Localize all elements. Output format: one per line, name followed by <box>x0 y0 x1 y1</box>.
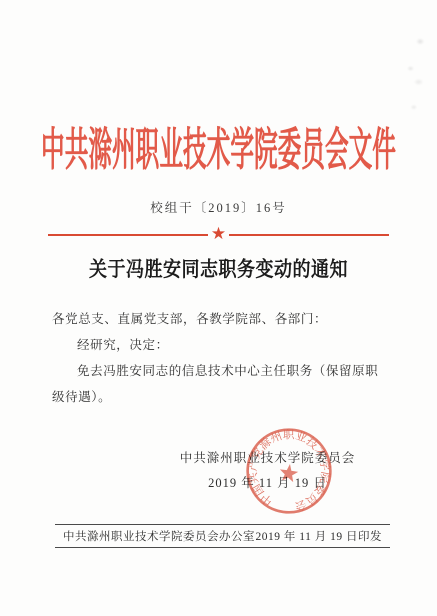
document-page: 中共滁州职业技术学院委员会文件 校组干〔2019〕16号 ★ 关于冯胜安同志职务… <box>0 0 437 616</box>
body-paragraph: 经研究，决定： <box>52 332 386 358</box>
footer-print-date: 2019 年 11 月 19 日印发 <box>256 528 382 544</box>
star-icon: ★ <box>208 226 229 242</box>
red-divider: ★ <box>48 227 389 243</box>
divider-line-right <box>229 234 389 237</box>
footer-office: 中共滁州职业技术学院委员会办公室 <box>63 528 255 544</box>
divider-line-left <box>48 234 208 237</box>
document-header-title: 中共滁州职业技术学院委员会文件 <box>20 114 418 179</box>
seal-star-icon <box>278 463 299 483</box>
document-number: 校组干〔2019〕16号 <box>0 198 437 216</box>
scan-artifact <box>401 28 433 118</box>
document-title: 关于冯胜安同志职务变动的通知 <box>0 253 437 283</box>
official-seal: 中国共产党滁州职业技术学院委员会 <box>239 421 338 520</box>
body-paragraph: 免去冯胜安同志的信息技术中心主任职务（保留原职级待遇）。 <box>52 358 386 410</box>
document-footer: 中共滁州职业技术学院委员会办公室 2019 年 11 月 19 日印发 <box>55 524 390 548</box>
salutation: 各党总支、直属党支部，各教学院部、各部门： <box>52 306 386 332</box>
document-body: 各党总支、直属党支部，各教学院部、各部门： 经研究，决定： 免去冯胜安同志的信息… <box>52 306 386 410</box>
seal-graphic: 中国共产党滁州职业技术学院委员会 <box>239 421 338 520</box>
